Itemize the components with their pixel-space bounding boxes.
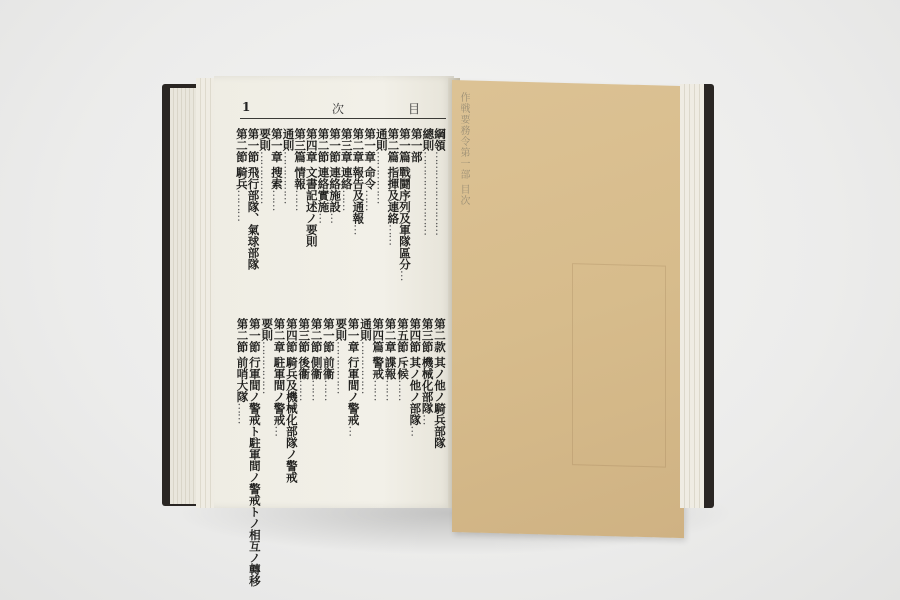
toc-entry-title: 第二節 側衞 [310, 318, 324, 380]
toc-entry-title: 要則 [260, 318, 274, 341]
toc-entry: 第二款 其ノ他ノ騎兵部隊 [434, 318, 446, 496]
toc-entry: 通則…………… [360, 318, 372, 496]
toc-entry-leader: ……… [235, 190, 249, 222]
header-char-moku: 目 [408, 100, 420, 117]
toc-entry-leader: …………………… [421, 151, 435, 235]
toc-entry: 第二節 側衞…… [310, 318, 322, 496]
toc-entry-title: 第一章 行軍間ノ警戒 [347, 318, 361, 426]
toc-entry-title: 第二節 騎兵 [235, 128, 249, 190]
open-book: 1 次 目 綱領……………………總則……………………第一部第一篇 戰鬪序列及軍隊… [0, 0, 900, 600]
toc-entry: 第一節 飛行部隊、氣球部隊 [248, 128, 260, 303]
toc-entry: 第二章 諜報…… [384, 318, 396, 496]
toc-entry-title: 第二章 駐軍間ノ警戒 [273, 318, 287, 426]
toc-entry: 第一節 前衞…… [323, 318, 335, 496]
toc-entry: 第四節 騎兵及機械化部隊ノ警戒 [286, 318, 298, 496]
toc-entry-title: 第三節 後衞 [297, 318, 311, 380]
toc-entry: 第二節 騎兵……… [236, 128, 248, 303]
toc-entry: 第二節 連絡實施… [318, 128, 330, 303]
toc-entry: 第二節 前哨大隊…… [236, 318, 248, 496]
toc-entry-leader: … [347, 426, 361, 437]
toc-entry: 第四章 文書記述ノ要則 [306, 128, 318, 303]
toc-entry: 第三節 機械化部隊… [421, 318, 433, 496]
toc-entry: 第一章 行軍間ノ警戒… [347, 318, 359, 496]
toc-entry-title: 第一節 行軍間ノ警戒ト駐軍間ノ警戒トノ相互ノ轉移 [248, 318, 262, 587]
toc-entry: 第一篇 戰鬪序列及軍隊區分… [399, 128, 411, 303]
toc-entry-leader: …… [297, 380, 311, 401]
toc-entry-title: 第三節 機械化部隊 [421, 318, 435, 414]
toc-entry: 第三章 連絡…… [341, 128, 353, 303]
toc-entry-leader: … [421, 414, 435, 425]
toc-entry-leader: … [273, 426, 287, 437]
toc-bottom-block: 第二款 其ノ他ノ騎兵部隊第三節 機械化部隊…第四節 其ノ他ノ部隊…第五節 斥候…… [236, 318, 446, 496]
toc-entry: 要則…………… [261, 318, 273, 496]
toc-entry: 第一節 連絡施設… [329, 128, 341, 303]
toc-entry: 第四節 其ノ他ノ部隊… [409, 318, 421, 496]
toc-entry-leader: …… [384, 380, 398, 401]
toc-entry: 第四篇 警戒…… [372, 318, 384, 496]
toc-entry: 第五節 斥候…… [397, 318, 409, 496]
toc-entry-title: 第二款 其ノ他ノ騎兵部隊 [433, 318, 447, 449]
toc-entry-title: 第四節 騎兵及機械化部隊ノ警戒 [285, 318, 299, 483]
toc-entry: 第一章 命令…… [364, 128, 376, 303]
toc-entry: 總則…………………… [423, 128, 435, 303]
toc-entry-leader: …… [236, 403, 250, 424]
toc-entry: 綱領…………………… [434, 128, 446, 303]
spine-running-title: 作戦要務令第一部 目次 [456, 92, 471, 206]
toc-entry-leader: …… [386, 224, 400, 245]
toc-entry-title: 第二節 前哨大隊 [236, 318, 250, 403]
toc-entry: 第一部 [411, 128, 423, 303]
toc-entry-leader: …… [310, 380, 324, 401]
toc-entry: 要則…………… [335, 318, 347, 496]
right-cover [704, 84, 714, 508]
toc-entry: 通則…………… [283, 128, 295, 303]
toc-entry-leader: …… [322, 380, 336, 401]
toc-entry: 第一節 行軍間ノ警戒ト駐軍間ノ警戒トノ相互ノ轉移 [249, 318, 261, 496]
right-endpaper [452, 80, 684, 538]
toc-entry-title: 要則 [334, 318, 348, 341]
toc-entry: 第三篇 情報…… [294, 128, 306, 303]
toc-entry: 第一章 搜索…… [271, 128, 283, 303]
toc-entry: 第二章 駐軍間ノ警戒… [273, 318, 285, 496]
toc-header: 1 次 目 [240, 100, 446, 119]
toc-top-block: 綱領……………………總則……………………第一部第一篇 戰鬪序列及軍隊區分…第二篇… [236, 128, 446, 303]
toc-entry: 通則…………… [376, 128, 388, 303]
toc-entry-title: 第一節 前衞 [322, 318, 336, 380]
toc-entry: 第三節 後衞…… [298, 318, 310, 496]
toc-entry-leader: …… [371, 380, 385, 401]
toc-entry-leader: …………… [359, 341, 373, 394]
toc-entry-title: 第四篇 警戒 [371, 318, 385, 380]
toc-entry: 要則…………… [260, 128, 272, 303]
toc-entry-title: 第二章 諜報 [384, 318, 398, 380]
faint-stamp-outline [572, 263, 666, 467]
toc-entry-leader: …………… [260, 341, 274, 394]
header-char-ji: 次 [332, 100, 344, 117]
toc-entry-title: 通則 [359, 318, 373, 341]
toc-entry: 第二篇 指揮及連絡…… [388, 128, 400, 303]
toc-entry-title: 第五節 斥候 [396, 318, 410, 380]
toc-entry-leader: … [408, 426, 422, 437]
toc-entry-leader: …………… [334, 341, 348, 394]
toc-entry: 第二章 報告及通報… [353, 128, 365, 303]
toc-entry-title: 第四節 其ノ他ノ部隊 [408, 318, 422, 426]
page-number: 1 [242, 100, 250, 114]
toc-entry-leader: … [398, 270, 412, 281]
toc-entry-leader: … [351, 224, 365, 235]
toc-entry-leader: …… [396, 380, 410, 401]
